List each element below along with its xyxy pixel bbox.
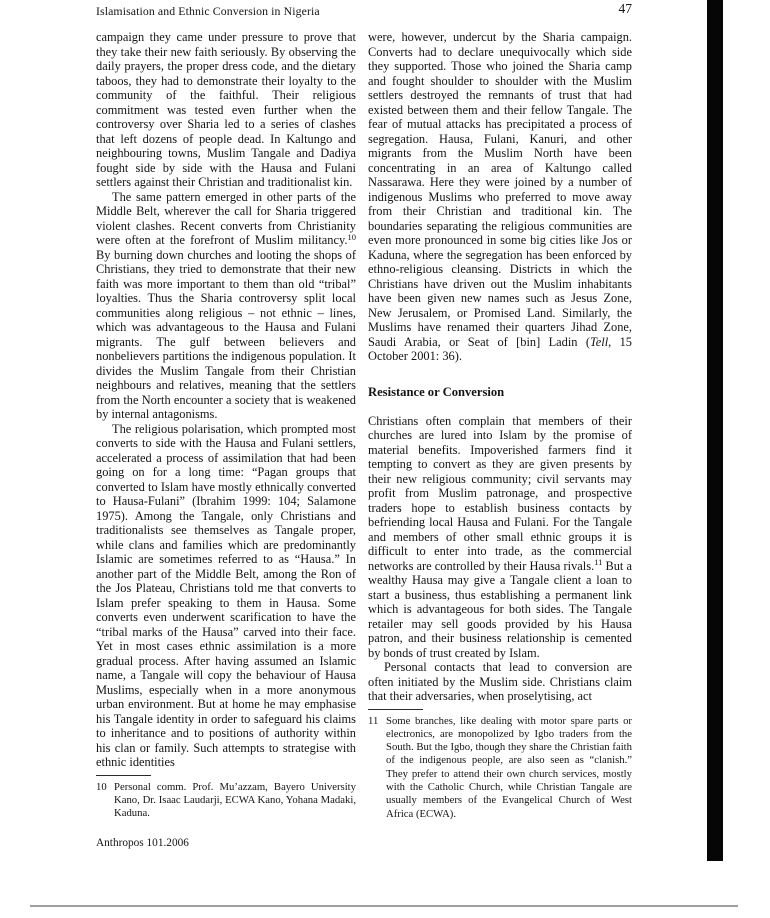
page-number: 47 [368,1,632,17]
right-footnotes: 11Some branches, like dealing with motor… [368,715,632,821]
paragraph: Christians often complain that members o… [368,414,632,661]
paragraph: campaign they came under pressure to pro… [96,30,356,190]
left-footnote-separator [96,775,151,776]
footnote-number: 10 [96,781,114,794]
right-column-body-text-bottom: Christians often complain that members o… [368,414,632,704]
footnote-marker: 11 [594,557,602,567]
left-footnotes: 10Personal comm. Prof. Mu’azzam, Bayero … [96,781,356,821]
text-segment: Personal contacts that lead to conversio… [368,660,632,703]
footnote-text: Personal comm. Prof. Mu’azzam, Bayero Un… [114,781,356,820]
footnote-number: 11 [368,715,386,728]
paragraph: Personal contacts that lead to conversio… [368,660,632,704]
text-segment: Christians often complain that members o… [368,414,632,573]
right-footnote-separator [368,709,423,710]
footnote-marker: 10 [348,232,357,242]
paragraph: were, however, undercut by the Sharia ca… [368,30,632,364]
running-head-title: Islamisation and Ethnic Conversion in Ni… [96,4,320,19]
italic-text: Tell [590,335,608,349]
footnote: 10Personal comm. Prof. Mu’azzam, Bayero … [96,781,356,821]
right-column: were, however, undercut by the Sharia ca… [368,30,632,821]
left-column: campaign they came under pressure to pro… [96,30,356,851]
footnote: 11Some branches, like dealing with motor… [368,715,632,821]
journal-imprint: Anthropos 101.2006 [96,836,356,851]
right-column-body-text-top: were, however, undercut by the Sharia ca… [368,30,632,364]
text-segment: campaign they came under pressure to pro… [96,30,356,189]
page-edge-shadow [30,905,738,907]
text-segment: The same pattern emerged in other parts … [96,190,356,248]
footnote-text: Some branches, like dealing with motor s… [386,715,632,820]
text-segment: By burning down churches and looting the… [96,248,356,422]
paragraph: The religious polarisation, which prompt… [96,422,356,770]
left-column-body-text: campaign they came under pressure to pro… [96,30,356,770]
scan-binding-bar [707,0,723,861]
text-segment: The religious polarisation, which prompt… [96,422,356,770]
text-segment: But a wealthy Hausa may give a Tangale c… [368,559,632,660]
text-segment: were, however, undercut by the Sharia ca… [368,30,632,349]
scanned-paper-page: Islamisation and Ethnic Conversion in Ni… [0,0,770,918]
paragraph: The same pattern emerged in other parts … [96,190,356,422]
section-heading: Resistance or Conversion [368,385,632,400]
